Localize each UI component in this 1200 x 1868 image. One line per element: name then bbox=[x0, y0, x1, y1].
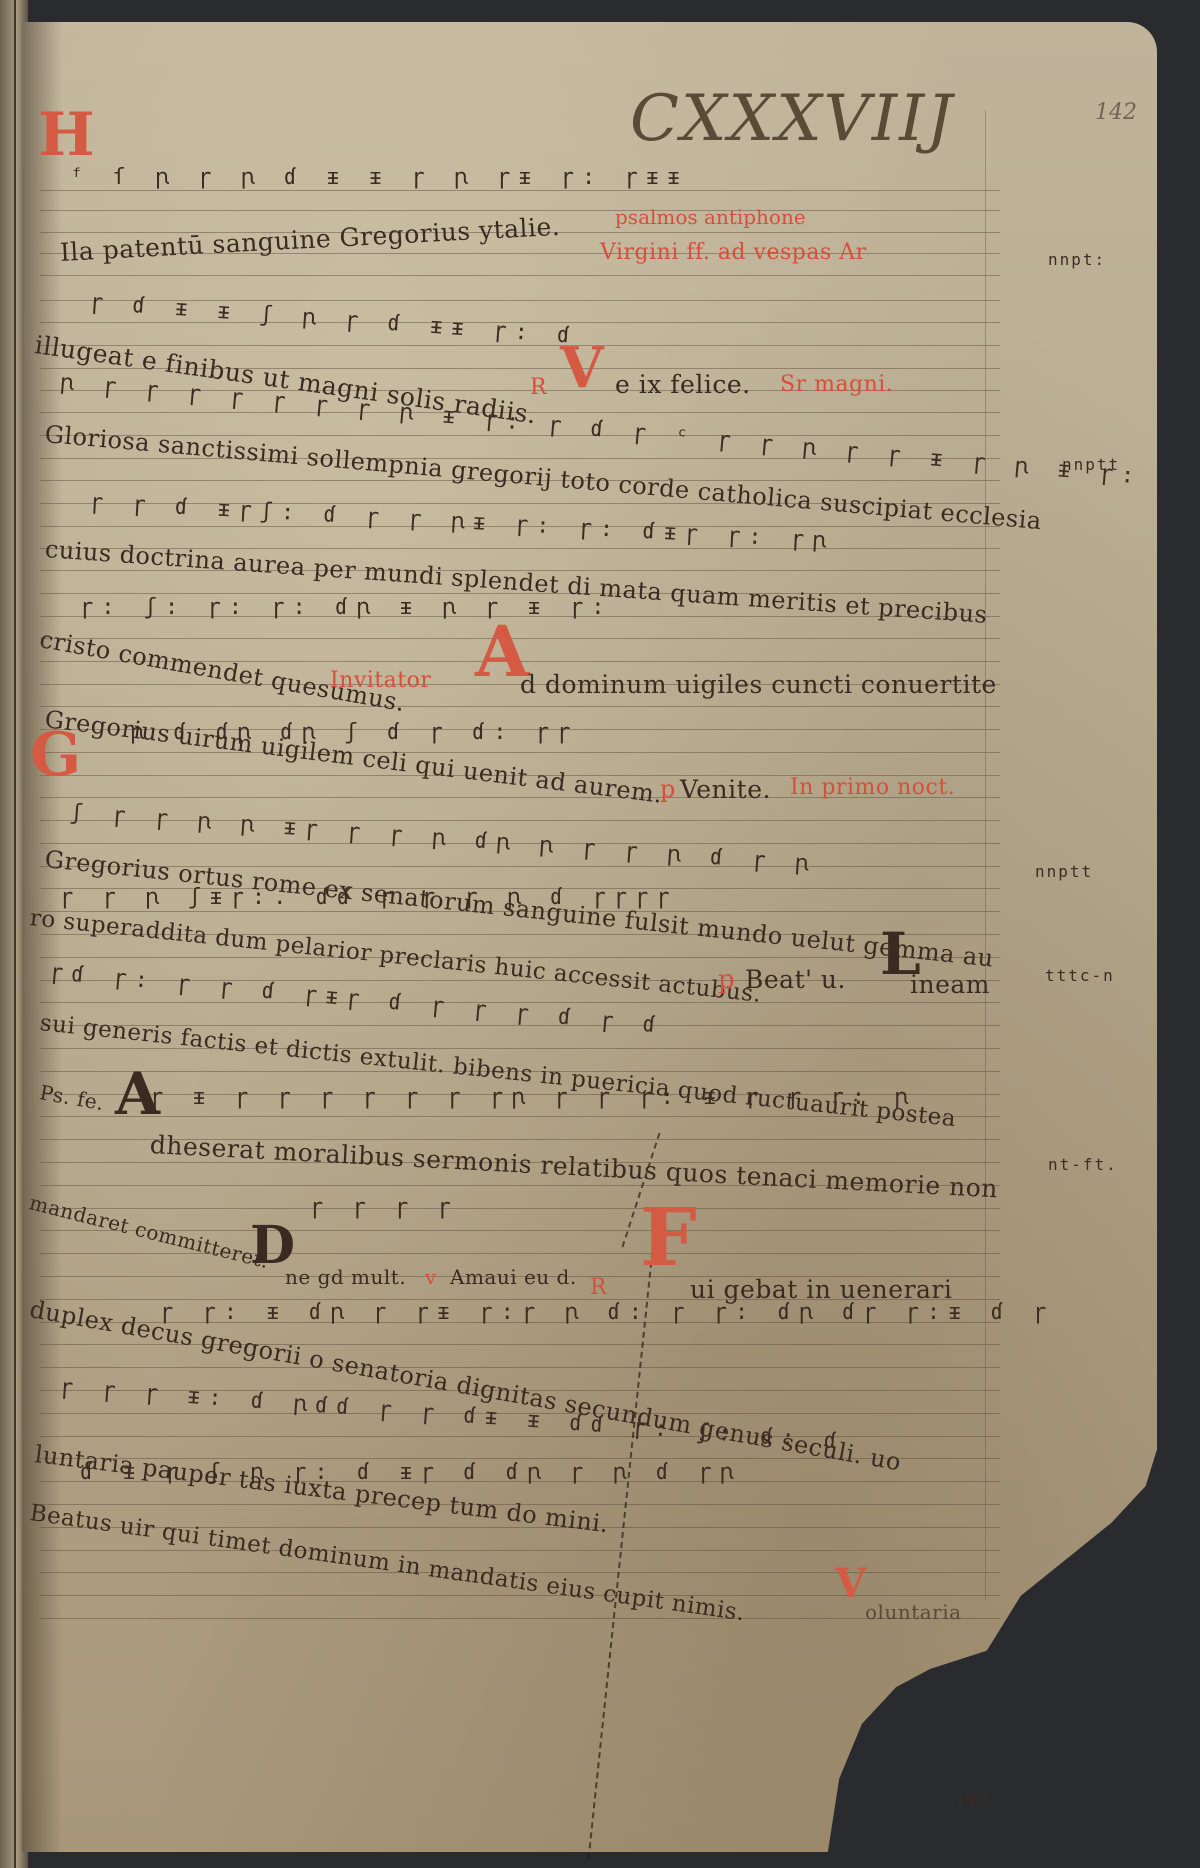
decorated-initial: H bbox=[38, 100, 95, 170]
chant-text-line: Beat' u. bbox=[745, 965, 846, 994]
decorated-initial: A bbox=[115, 1060, 160, 1128]
margin-neumes: tttc-n bbox=[1045, 966, 1115, 985]
chant-text-line: ineam bbox=[910, 970, 990, 999]
chant-text-line: Amaui eu d. bbox=[450, 1265, 577, 1289]
rubric: R bbox=[590, 1275, 607, 1300]
page-gutter bbox=[14, 0, 16, 1868]
neume-row: ɼ ɼ: ᵻ ɗꞃ ɼ ɼᵻ ɼ:ɼ ꞃ ɗ: ɼ ɼ: ɗꞃ ɗɼ ɼ:ᵻ ɗ… bbox=[160, 1300, 1054, 1325]
rubric: In primo noct. bbox=[790, 775, 955, 800]
rubric: p bbox=[718, 965, 735, 995]
decorated-initial: V bbox=[560, 335, 603, 401]
chant-text-line: d dominum uigiles cuncti conuertite bbox=[520, 670, 997, 699]
rubric: v bbox=[425, 1265, 436, 1289]
rubric: p bbox=[660, 775, 675, 803]
margin-neumes: nt-ft. bbox=[1048, 1155, 1118, 1174]
decorated-initial: F bbox=[640, 1190, 697, 1284]
margin-neumes: nnpt: bbox=[1048, 250, 1106, 269]
rubric: R bbox=[530, 375, 547, 400]
rubric: Invitator bbox=[330, 668, 431, 693]
chant-text-line: Venite. bbox=[680, 775, 771, 804]
chant-text-line: oluntaria bbox=[865, 1600, 962, 1624]
gutter-shadow bbox=[22, 22, 62, 1852]
folio-number-top: 142 bbox=[1095, 100, 1137, 125]
rubric: Sr magni. bbox=[780, 372, 893, 397]
rubric: Virgini ff. ad vespas Ar bbox=[600, 240, 867, 265]
neume-row: ɼ ɼ ꞃ ʃᵻɼ:. ɗɗ ɼ ɼ ɼ ꞃ ɗ ɼɼɼɼ bbox=[60, 885, 678, 910]
neume-row: ᶠ ſ ꞃ ɼ ꞃ ɗ ᵻ ᵻ ɼ ꞃ ɼᵻ ɼ: ɼᵻᵻ bbox=[70, 165, 688, 190]
neume-row: ɗ ᵻ ɼ ʃ ꞃ ɼ: ɗ ᵻɼ ɗ ɗꞃ ɼ ꞃ ɗ ɼꞃ bbox=[80, 1460, 741, 1485]
decorated-initial: V bbox=[835, 1560, 866, 1607]
neume-row: ɼ ᵻ ɼ ɼ ɼ ɼ ɼ ɼ ɼꞃ ɼ ɼ ɼ: ᵻ ɼ ɼ ɼ: ꞃ bbox=[150, 1085, 916, 1110]
folio-header-numeral: CXXXVIIJ bbox=[630, 82, 954, 156]
rubric: psalmos antiphone bbox=[615, 205, 806, 229]
neume-row: ɼ ɼ ɼ ɼ bbox=[310, 1195, 459, 1220]
chant-text-line: ne gd mult. bbox=[285, 1265, 406, 1289]
folio-number-bottom: 142 bbox=[955, 1790, 989, 1811]
margin-neumes: nnptt bbox=[1035, 862, 1093, 881]
neume-row: ɼ: ʃ: ɼ: ɼ: ɗꞃ ᵻ ꞃ ɼ ᵻ ɼ: bbox=[80, 595, 613, 620]
chant-text-line: e ix felice. bbox=[615, 370, 751, 399]
